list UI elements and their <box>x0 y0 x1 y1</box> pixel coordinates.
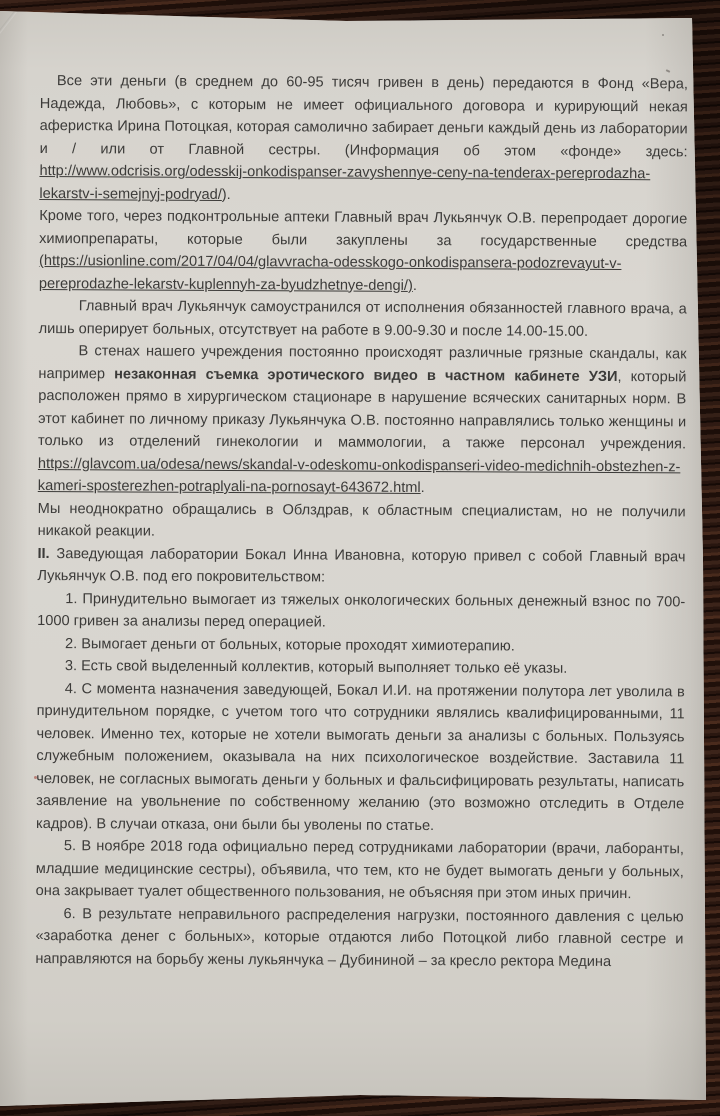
paragraph-scandals-tail: . <box>421 480 425 496</box>
paragraph-no-reaction-text: Мы неоднократно обращались в Облздрав, к… <box>38 500 686 539</box>
list-item-1: 1. Принудительно вымогает из тяжелых онк… <box>37 587 685 635</box>
list-item-1-text: 1. Принудительно вымогает из тяжелых онк… <box>37 591 685 631</box>
list-item-4-text: 4. С момента назначения заведующей, Бока… <box>36 681 685 834</box>
paragraph-pharmacies-text: Кроме того, через подконтрольные аптеки … <box>39 208 687 250</box>
paragraph-no-reaction: Мы неоднократно обращались в Облздрав, к… <box>38 497 686 545</box>
list-item-2: 2. Вымогает деньги от больных, которые п… <box>37 632 685 658</box>
list-item-5-text: 5. В ноябре 2018 года официально перед с… <box>36 838 684 902</box>
section2-heading: II. Заведующая лаборатории Бокал Инна Ив… <box>37 542 685 590</box>
paragraph-scandals: В стенах нашего учреждения постоянно про… <box>38 340 687 501</box>
paragraph-funds: Все эти деньги (в среднем до 60-95 тисяч… <box>39 70 688 208</box>
list-item-6: 6. В результате неправильного распределе… <box>35 902 683 973</box>
paragraph-pharmacies: Кроме того, через подконтрольные аптеки … <box>39 205 687 298</box>
link-usionline: (https://usionline.com/2017/04/04/glavvr… <box>39 253 622 293</box>
paper-sheet: Все эти деньги (в среднем до 60-95 тисяч… <box>0 0 720 1116</box>
paragraph-scandals-bold: незаконная съемка эротического видео в ч… <box>114 366 617 385</box>
paragraph-absence-text: Главный врач Лукьянчук самоустранился от… <box>39 298 687 339</box>
list-item-5: 5. В ноябре 2018 года официально перед с… <box>36 835 684 906</box>
list-item-2-text: 2. Вымогает деньги от больных, которые п… <box>65 636 515 654</box>
section2-intro: Заведующая лаборатории Бокал Инна Иванов… <box>37 546 685 586</box>
list-item-6-text: 6. В результате неправильного распределе… <box>35 906 683 970</box>
paragraph-funds-text: Все эти деньги (в среднем до 60-95 тисяч… <box>40 73 688 160</box>
paragraph-funds-tail: ). <box>222 186 231 202</box>
link-glavcom: https://glavcom.ua/odesa/news/skandal-v-… <box>38 455 681 496</box>
paragraph-absence: Главный врач Лукьянчук самоустранился от… <box>39 295 687 343</box>
photo-background: Все эти деньги (в среднем до 60-95 тисяч… <box>0 0 720 1116</box>
section2-number: II. <box>37 545 49 561</box>
document-text: Все эти деньги (в среднем до 60-95 тисяч… <box>0 0 720 974</box>
list-item-3-text: 3. Есть свой выделенный коллектив, котор… <box>65 658 568 677</box>
link-odcrisis: http://www.odcrisis.org/odesskij-onkodis… <box>39 163 650 202</box>
list-item-4: 4. С момента назначения заведующей, Бока… <box>36 677 685 838</box>
paragraph-pharmacies-tail: . <box>413 277 417 293</box>
list-item-3: 3. Есть свой выделенный коллектив, котор… <box>37 655 685 681</box>
